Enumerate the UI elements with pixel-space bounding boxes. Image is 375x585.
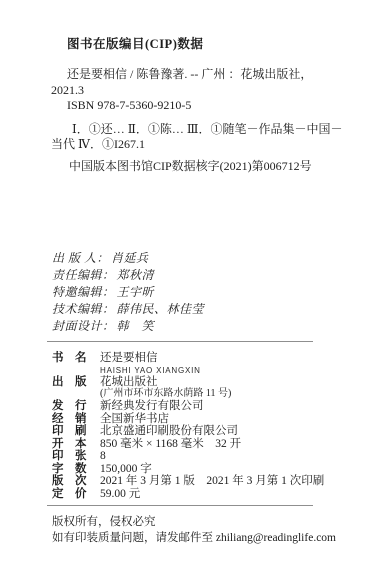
detail-row-book-title: 书 名 还是要相信 — [52, 352, 375, 365]
credit-label: 封面设计： — [52, 319, 115, 333]
credit-value: 王宇昕 — [117, 285, 155, 299]
credit-value: 薛伟民、林佳莹 — [117, 302, 205, 316]
detail-label: 发 行 — [52, 400, 100, 413]
isbn-line: ISBN 978-7-5360-9210-5 — [67, 98, 375, 114]
printer-name: 北京盛通印刷股份有限公司 — [100, 425, 375, 438]
credit-label: 技术编辑： — [52, 302, 115, 316]
cip-heading: 图书在版编目(CIP)数据 — [67, 0, 375, 51]
credit-row-publisher: 出 版 人：肖延兵 — [52, 250, 375, 267]
detail-label: 版 次 — [52, 475, 100, 488]
credit-row-guest-editor: 特邀编辑：王宇昕 — [52, 284, 375, 301]
detail-label: 印 刷 — [52, 425, 100, 438]
credit-row-cover-design: 封面设计：韩 笑 — [52, 318, 375, 335]
divider-line-top — [47, 341, 313, 342]
publication-details: 书 名 还是要相信 HAISHI YAO XIANGXIN 出 版 花城出版社 … — [0, 352, 375, 500]
staff-credits: 出 版 人：肖延兵 责任编辑：郑秋清 特邀编辑：王宇昕 技术编辑：薛伟民、林佳莹… — [0, 250, 375, 335]
detail-row-printer: 印 刷 北京盛通印刷股份有限公司 — [52, 425, 375, 438]
detail-row-price: 定 价 59.00 元 — [52, 488, 375, 501]
detail-label: 定 价 — [52, 488, 100, 501]
divider-line-bottom — [47, 505, 313, 506]
cip-data-block: 图书在版编目(CIP)数据 还是要相信 / 陈鲁豫著. -- 广州 ：花城出版社… — [0, 0, 375, 174]
credit-row-responsible-editor: 责任编辑：郑秋清 — [52, 267, 375, 284]
book-title: 还是要相信 — [100, 352, 375, 365]
credit-value: 肖延兵 — [111, 251, 149, 265]
cip-year-line: 2021.3 — [51, 83, 375, 99]
detail-row-format: 开 本 850 毫米 × 1168 毫米 32 开 — [52, 438, 375, 451]
detail-row-word-count: 字 数 150,000 字 — [52, 463, 375, 476]
publisher-name: 花城出版社 — [100, 376, 375, 389]
detail-label: 印 张 — [52, 450, 100, 463]
cip-classification-line-2: 当代 Ⅳ．①I267.1 — [51, 137, 375, 153]
cip-title-line: 还是要相信 / 陈鲁豫著. -- 广州 ：花城出版社， — [67, 67, 375, 83]
rights-reserved-line: 版权所有，侵权必究 — [52, 514, 375, 530]
book-title-pinyin: HAISHI YAO XIANGXIN — [100, 365, 375, 376]
cip-classification-line-1: Ⅰ．①还… Ⅱ．①陈… Ⅲ．①随笔－作品集－中国－ — [72, 122, 375, 138]
detail-row-edition: 版 次 2021 年 3 月第 1 版 2021 年 3 月第 1 次印刷 — [52, 475, 375, 488]
copyright-page: 图书在版编目(CIP)数据 还是要相信 / 陈鲁豫著. -- 广州 ：花城出版社… — [0, 0, 375, 585]
credit-value: 郑秋清 — [117, 268, 155, 282]
detail-label: 开 本 — [52, 438, 100, 451]
credit-label: 特邀编辑： — [52, 285, 115, 299]
credit-row-technical-editor: 技术编辑：薛伟民、林佳莹 — [52, 301, 375, 318]
sheets-value: 8 — [100, 450, 375, 463]
price-value: 59.00 元 — [100, 488, 375, 501]
detail-row-sheets: 印 张 8 — [52, 450, 375, 463]
detail-label: 书 名 — [52, 352, 100, 365]
quality-contact-line: 如有印装质量问题，请发邮件至 zhiliang@readinglife.com — [52, 530, 375, 546]
detail-label: 经 销 — [52, 413, 100, 426]
detail-row-seller: 经 销 全国新华书店 — [52, 413, 375, 426]
word-count-value: 150,000 字 — [100, 463, 375, 476]
edition-value: 2021 年 3 月第 1 版 2021 年 3 月第 1 次印刷 — [100, 475, 375, 488]
detail-row-publisher: 出 版 花城出版社 — [52, 376, 375, 389]
copyright-notice: 版权所有，侵权必究 如有印装质量问题，请发邮件至 zhiliang@readin… — [0, 514, 375, 546]
detail-label: 字 数 — [52, 463, 100, 476]
credit-value: 韩 笑 — [117, 319, 155, 333]
credit-label: 出 版 人： — [52, 251, 109, 265]
cip-record-number: 中国版本图书馆CIP数据核字(2021)第006712号 — [69, 159, 375, 175]
credit-label: 责任编辑： — [52, 268, 115, 282]
seller-name: 全国新华书店 — [100, 413, 375, 426]
detail-row-distributor: 发 行 新经典发行有限公司 — [52, 400, 375, 413]
detail-label: 出 版 — [52, 376, 100, 389]
publisher-address: (广州市环市东路水荫路 11 号) — [100, 388, 375, 400]
distributor-name: 新经典发行有限公司 — [100, 400, 375, 413]
format-value: 850 毫米 × 1168 毫米 32 开 — [100, 438, 375, 451]
